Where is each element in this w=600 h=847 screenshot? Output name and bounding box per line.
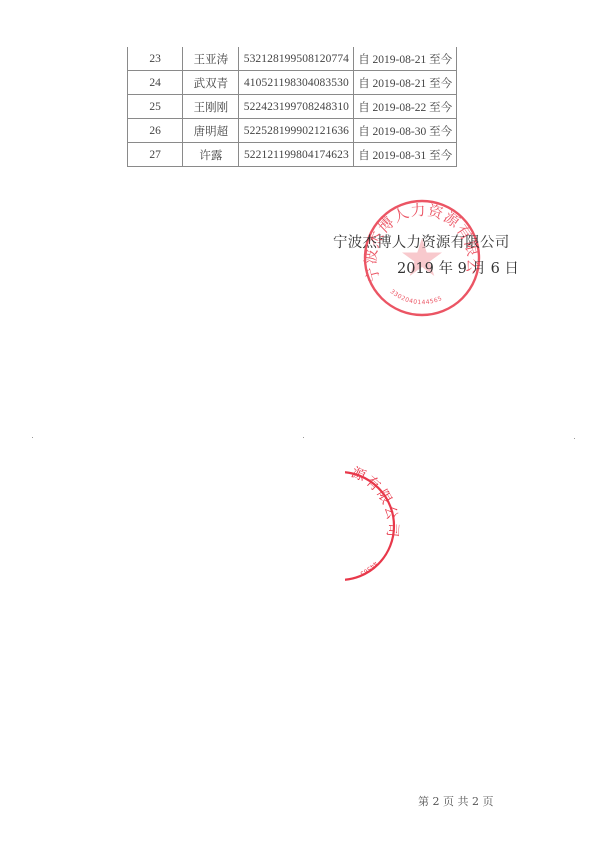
row-number-cell: 26 <box>128 119 183 143</box>
id-number-cell: 522121199804174623 <box>239 143 354 167</box>
period-cell: 自 2019-08-21 至今 <box>354 47 457 71</box>
seal-number: 3302040144565 <box>389 288 444 306</box>
name-cell: 王亚涛 <box>183 47 239 71</box>
table-row: 24武双青410521198304083530自 2019-08-21 至今 <box>128 71 457 95</box>
scan-speck <box>303 437 304 438</box>
page-footer: 第 2 页 共 2 页 <box>418 793 493 809</box>
table-row: 27许露522121199804174623自 2019-08-31 至今 <box>128 143 457 167</box>
name-cell: 武双青 <box>183 71 239 95</box>
name-cell: 唐明超 <box>183 119 239 143</box>
document-page: 23王亚涛532128199508120774自 2019-08-21 至今24… <box>0 0 600 847</box>
period-cell: 自 2019-08-31 至今 <box>354 143 457 167</box>
name-cell: 许露 <box>183 143 239 167</box>
employee-table: 23王亚涛532128199508120774自 2019-08-21 至今24… <box>127 47 457 167</box>
row-number-cell: 25 <box>128 95 183 119</box>
half-seal: 源有限公司 44565 <box>345 466 405 586</box>
id-number-cell: 410521198304083530 <box>239 71 354 95</box>
scan-speck <box>32 437 33 438</box>
svg-text:3302040144565: 3302040144565 <box>389 288 444 306</box>
row-number-cell: 23 <box>128 47 183 71</box>
half-seal-icon: 源有限公司 44565 <box>345 466 400 586</box>
half-seal-text: 源有限公司 <box>349 466 400 540</box>
period-cell: 自 2019-08-21 至今 <box>354 71 457 95</box>
svg-text:源有限公司: 源有限公司 <box>349 466 400 540</box>
table-row: 25王刚刚522423199708248310自 2019-08-22 至今 <box>128 95 457 119</box>
id-number-cell: 522423199708248310 <box>239 95 354 119</box>
id-number-cell: 532128199508120774 <box>239 47 354 71</box>
signature-date: 2019 年 9 月 6 日 <box>397 257 519 278</box>
half-seal-number: 44565 <box>359 560 379 577</box>
id-number-cell: 522528199902121636 <box>239 119 354 143</box>
table-row: 23王亚涛532128199508120774自 2019-08-21 至今 <box>128 47 457 71</box>
table-row: 26唐明超522528199902121636自 2019-08-30 至今 <box>128 119 457 143</box>
company-name: 宁波杰博人力资源有限公司 <box>333 231 509 252</box>
row-number-cell: 27 <box>128 143 183 167</box>
svg-text:44565: 44565 <box>359 560 379 577</box>
period-cell: 自 2019-08-30 至今 <box>354 119 457 143</box>
name-cell: 王刚刚 <box>183 95 239 119</box>
scan-speck <box>574 438 575 439</box>
period-cell: 自 2019-08-22 至今 <box>354 95 457 119</box>
row-number-cell: 24 <box>128 71 183 95</box>
